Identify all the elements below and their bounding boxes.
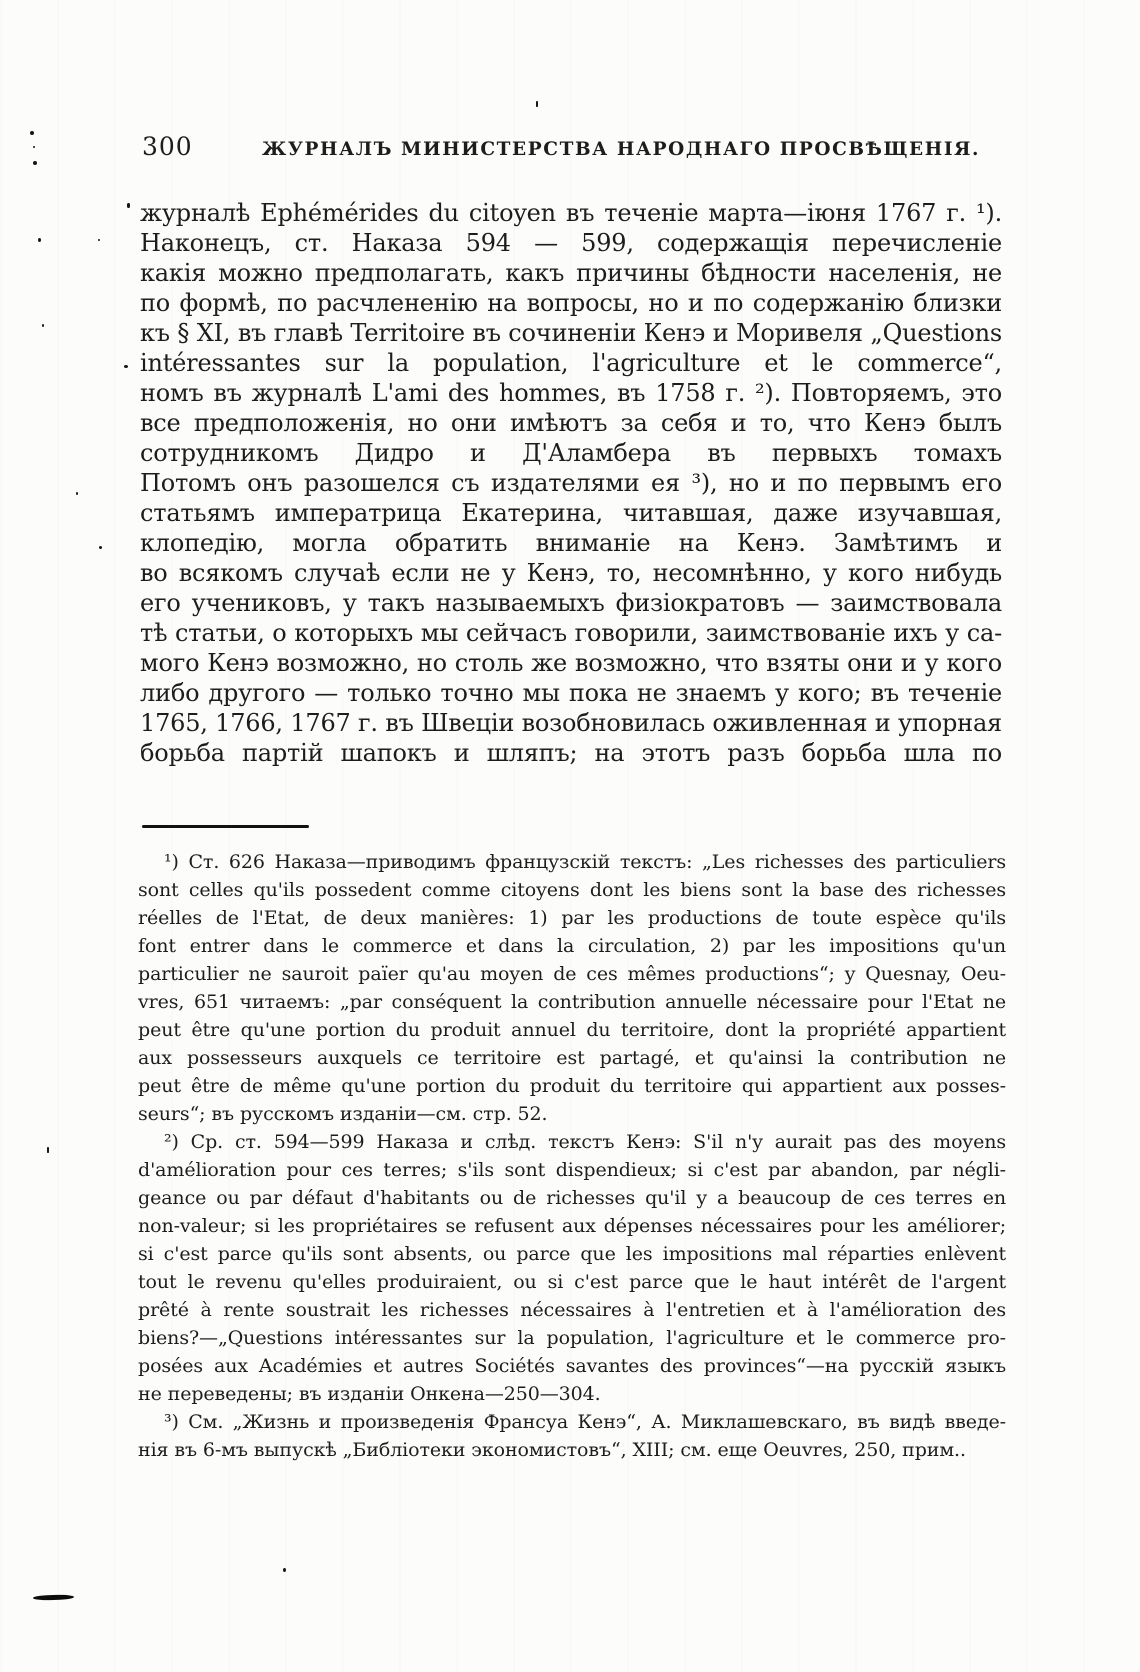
scanned-book-page: 300 ЖУРНАЛЪ МИНИСТЕРСТВА НАРОДНАГО ПРОСВ…	[0, 0, 1140, 1672]
ink-speck	[76, 492, 78, 495]
footnote-line: vres, 651 читаемъ: „par conséquent la co…	[138, 988, 1006, 1016]
footnote-line: ¹) Ст. 626 Наказа—приводимъ французскій …	[138, 848, 1006, 876]
ink-speck	[283, 1568, 286, 1572]
body-line: по формѣ, по расчлененію на вопросы, но …	[140, 288, 1002, 318]
ink-speck	[42, 324, 44, 327]
ink-speck	[30, 131, 34, 135]
footnote-line: нія въ 6-мъ выпускѣ „Библіотеки экономис…	[138, 1436, 1006, 1464]
footnote-line: sont celles qu'ils possedent comme citoy…	[138, 876, 1006, 904]
footnote-line: non-valeur; si les propriétaires se refu…	[138, 1212, 1006, 1240]
footnote-line: seurs“; въ русскомъ изданіи—см. стр. 52.	[138, 1100, 1006, 1128]
ink-smudge	[33, 1594, 74, 1600]
footnote-line: aux possesseurs auxquels ce territoire e…	[138, 1044, 1006, 1072]
body-line: какія можно предполагать, какъ причины б…	[140, 258, 1002, 288]
ink-speck	[38, 238, 41, 242]
footnote-line: ²) Ср. ст. 594—599 Наказа и слѣд. текстъ…	[138, 1128, 1006, 1156]
body-line: его учениковъ, у такъ называемыхъ физіок…	[140, 588, 1002, 618]
ink-speck	[99, 546, 102, 549]
body-line: номъ въ журналѣ L'ami des hommes, въ 175…	[140, 378, 1002, 408]
footnote-2: ²) Ср. ст. 594—599 Наказа и слѣд. текстъ…	[138, 1128, 1006, 1408]
ink-speck	[98, 239, 100, 241]
body-line: Потомъ онъ разошелся съ издателями ея ³)…	[140, 468, 1002, 498]
footnote-line: réelles de l'Etat, de deux manières: 1) …	[138, 904, 1006, 932]
body-line: клопедію, могла обратить вниманіе на Кен…	[140, 528, 1002, 558]
ink-speck	[127, 203, 130, 208]
footnote-1: ¹) Ст. 626 Наказа—приводимъ французскій …	[138, 848, 1006, 1128]
footnotes-block: ¹) Ст. 626 Наказа—приводимъ французскій …	[138, 848, 1006, 1464]
body-line: во всякомъ случаѣ если не у Кенэ, то, не…	[140, 558, 1002, 588]
body-line: intéressantes sur la population, l'agric…	[140, 348, 1002, 378]
ink-speck	[33, 146, 35, 148]
footnote-line: font entrer dans le commerce et dans la …	[138, 932, 1006, 960]
body-line: 1765, 1766, 1767 г. въ Швеціи возобновил…	[140, 708, 1002, 738]
footnote-line: posées aux Académies et autres Sociétés …	[138, 1352, 1006, 1380]
footnote-line: tout le revenu qu'elles produiraient, ou…	[138, 1268, 1006, 1296]
page-number: 300	[142, 132, 193, 161]
footnote-line: не переведены; въ изданіи Онкена—250—304…	[138, 1380, 1006, 1408]
body-line: журналѣ Ephémérides du citoyen въ течені…	[140, 198, 1002, 228]
ink-speck	[47, 1147, 49, 1153]
body-line: статьямъ императрица Екатерина, читавшая…	[140, 498, 1002, 528]
footnote-line: geance ou par défaut d'habitants ou de r…	[138, 1184, 1006, 1212]
body-line: Наконецъ, ст. Наказа 594 — 599, содержащ…	[140, 228, 1002, 258]
body-line: тѣ статьи, о которыхъ мы сейчасъ говорил…	[140, 618, 1002, 648]
body-line: сотрудникомъ Дидро и Д'Аламбера въ первы…	[140, 438, 1002, 468]
footnote-line: prêté à rente soustrait les richesses né…	[138, 1296, 1006, 1324]
body-line: къ § XI, въ главѣ Territoire въ сочинені…	[140, 318, 1002, 348]
footnote-line: peut être de même qu'une portion du prod…	[138, 1072, 1006, 1100]
body-line: мого Кенэ возможно, но столь же возможно…	[140, 648, 1002, 678]
footnote-line: particulier ne sauroit païer qu'au moyen…	[138, 960, 1006, 988]
running-title: ЖУРНАЛЪ МИНИСТЕРСТВА НАРОДНАГО ПРОСВѢЩЕН…	[262, 139, 770, 160]
body-line: борьба партій шапокъ и шляпъ; на этотъ р…	[140, 738, 1002, 768]
footnote-line: ³) См. „Жизнь и произведенія Франсуа Кен…	[138, 1408, 1006, 1436]
footnote-line: d'amélioration pour ces terres; s'ils so…	[138, 1156, 1006, 1184]
ink-speck	[536, 101, 538, 107]
body-line: все предположенія, но они имѣютъ за себя…	[140, 408, 1002, 438]
footnote-3: ³) См. „Жизнь и произведенія Франсуа Кен…	[138, 1408, 1006, 1464]
main-text-block: журналѣ Ephémérides du citoyen въ течені…	[140, 198, 1002, 768]
body-line: либо другого — только точно мы пока не з…	[140, 678, 1002, 708]
ink-speck	[124, 365, 128, 368]
footnote-line: si c'est parce qu'ils sont absents, ou p…	[138, 1240, 1006, 1268]
ink-speck	[33, 161, 37, 165]
footnote-line: peut être qu'une portion du produit annu…	[138, 1016, 1006, 1044]
footnote-line: biens?—„Questions intéressantes sur la p…	[138, 1324, 1006, 1352]
footnote-separator-rule	[142, 825, 309, 828]
